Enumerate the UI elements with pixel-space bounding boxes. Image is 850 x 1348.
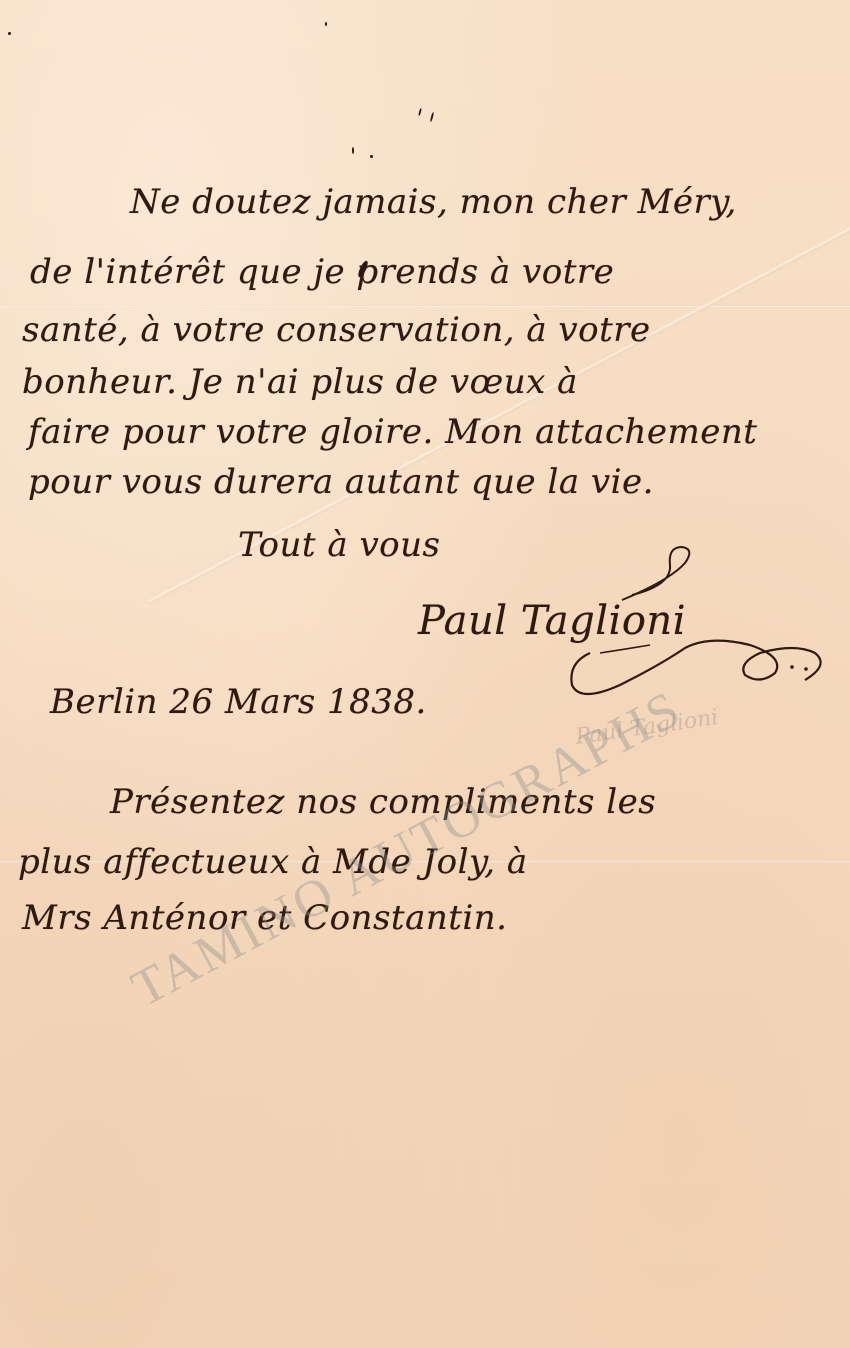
- letter-body-line-2: santé, à votre conservation, à votre: [22, 310, 651, 350]
- fold-crease-upper: [0, 305, 850, 308]
- postscript-line-2: plus affectueux à Mde Joly, à: [18, 842, 528, 882]
- letter-body-line-1: de l'intérêt que je prends à votre: [30, 252, 614, 292]
- ink-speck: [8, 32, 11, 35]
- ink-speck: [430, 112, 435, 122]
- letter-body-line-3: bonheur. Je n'ai plus de vœux à: [22, 362, 578, 402]
- postscript-line-1: Présentez nos compliments les: [110, 782, 656, 822]
- letter-body-line-4: faire pour votre gloire. Mon attachement: [28, 412, 757, 452]
- postscript-line-3: Mrs Anténor et Constantin.: [22, 898, 507, 938]
- letter-closing: Tout à vous: [238, 525, 440, 565]
- signature-flourish: [560, 545, 850, 715]
- ink-speck: [325, 22, 327, 26]
- letter-body-line-5: pour vous durera autant que la vie.: [28, 462, 654, 502]
- ink-speck: [352, 147, 354, 154]
- ink-speck: [418, 108, 422, 116]
- ink-speck: [370, 155, 373, 158]
- place-and-date: Berlin 26 Mars 1838.: [50, 682, 427, 722]
- letter-salutation-line: Ne doutez jamais, mon cher Méry,: [130, 182, 737, 222]
- letter-page: Ne doutez jamais, mon cher Méry, de l'in…: [0, 0, 850, 1348]
